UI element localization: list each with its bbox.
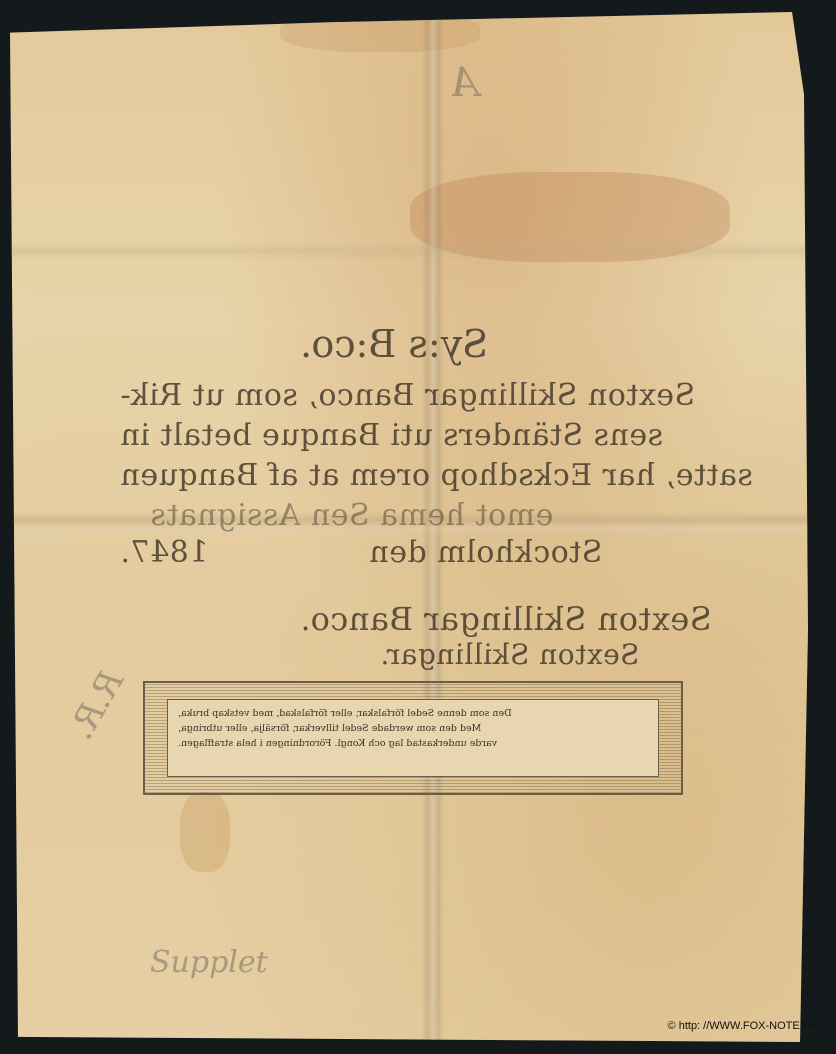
warning-line-2: Med den som werdade Sedel tillverkar, fö… (178, 721, 648, 736)
copyright-watermark: © http: //WWW.FOX-NOTES.RU (668, 1020, 826, 1032)
amount-line-2: Sexton Skillingar. (380, 638, 639, 671)
fold-line-horizontal (10, 242, 808, 260)
warning-line-1: Den som denne Sedel förfalskar, eller fö… (178, 706, 648, 721)
warning-text-box: Den som denne Sedel förfalskar, eller fö… (143, 681, 683, 795)
denomination-header: Sy:s B:co. (300, 322, 488, 366)
warning-line-3: varde underkastad lag och Kongl. Förordn… (178, 736, 648, 751)
handwritten-mark: A (450, 60, 479, 106)
body-line-5-date: Stockholm den 1847. (120, 535, 602, 570)
body-line-2: sens Ständers uti Banque betalt in (120, 418, 663, 453)
amount-line-1: Sexton Skillingar Banco. (300, 600, 712, 638)
paper-stain (280, 12, 480, 52)
body-line-1: Sexton Skillingar Banco, som ut Rik- (120, 378, 695, 413)
paper-stain (180, 792, 230, 872)
handwritten-signature: Supplet (150, 945, 268, 980)
body-line-3: satte, har Ecksdhop orem at af Banquen (120, 458, 753, 493)
body-line-4: emot hema Sen Assignats (150, 498, 553, 533)
